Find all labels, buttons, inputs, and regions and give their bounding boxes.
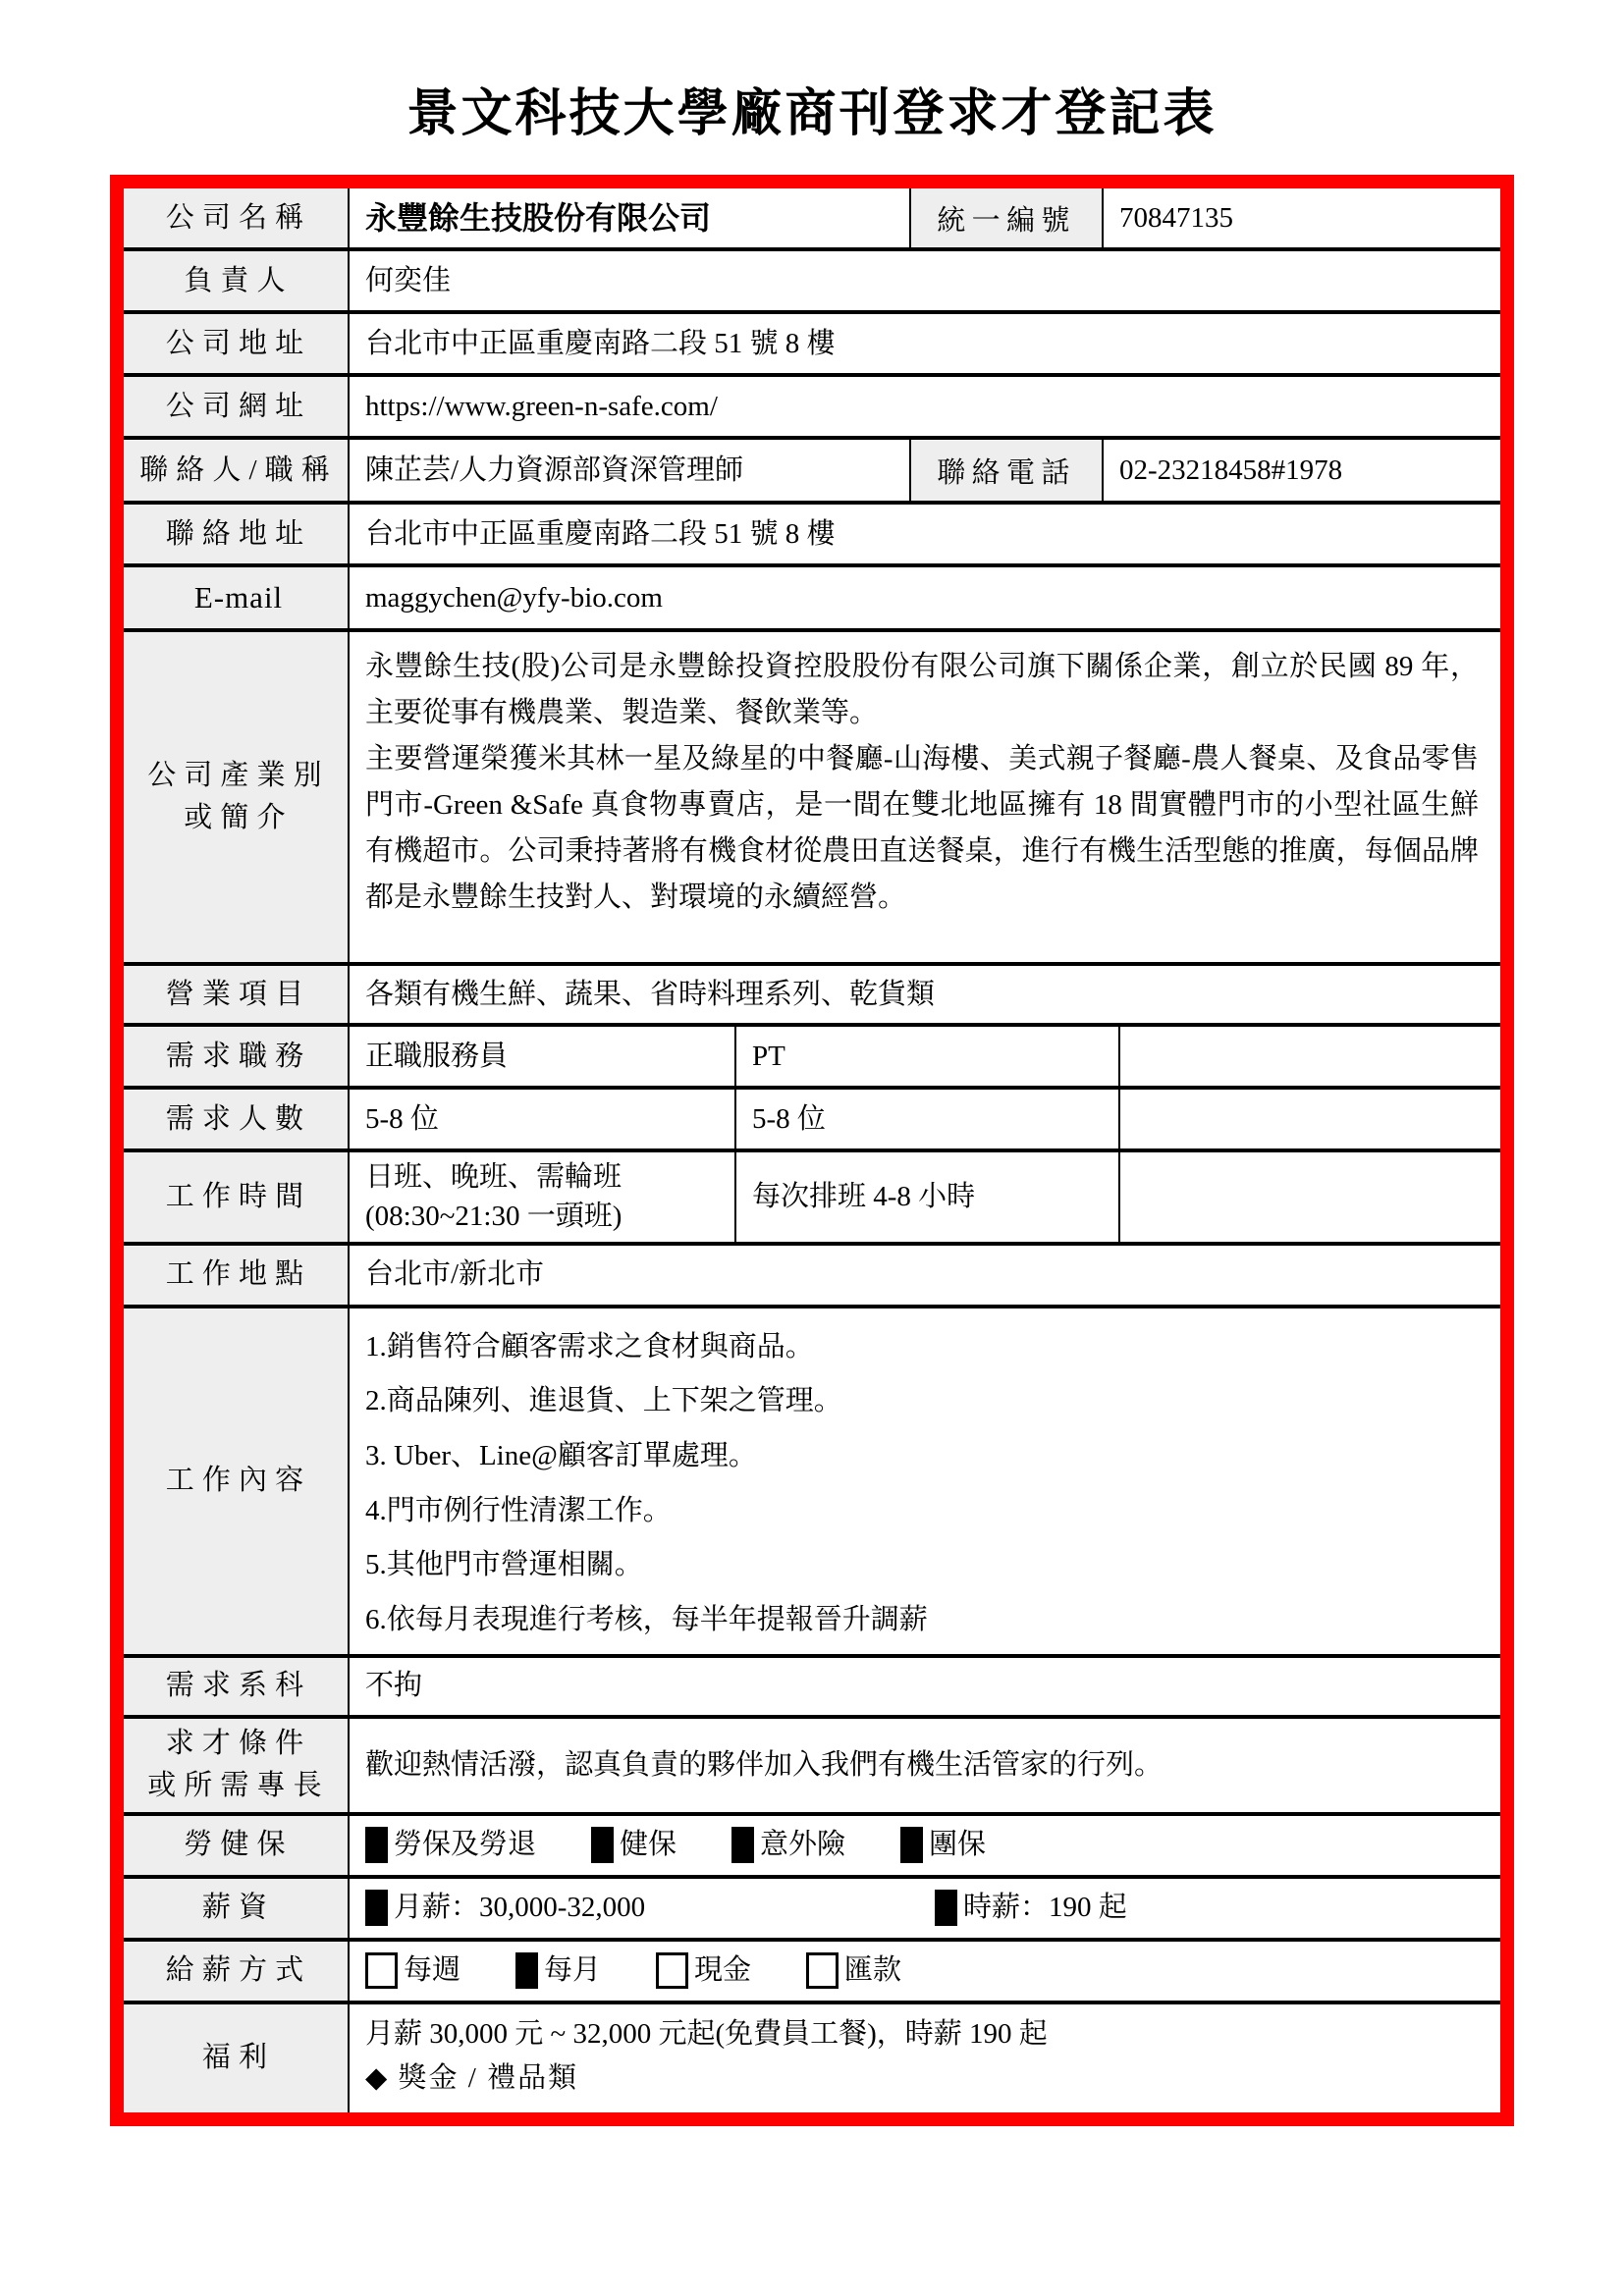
value-job-title-1: 正職服務員 (350, 1027, 736, 1086)
label-department: 需求系科 (124, 1658, 350, 1715)
value-work-place: 台北市/新北市 (350, 1246, 1500, 1305)
salary-option-hourly: 時薪：190 起 (935, 1888, 1127, 1928)
table-row-company-address: 公司地址 台北市中正區重慶南路二段 51 號 8 樓 (124, 314, 1500, 377)
checkbox-label: 團保 (929, 1825, 986, 1865)
label-work-time: 工作時間 (124, 1152, 350, 1241)
table-row-contact-address: 聯絡地址 台北市中正區重慶南路二段 51 號 8 樓 (124, 505, 1500, 567)
checkbox-filled-icon (900, 1827, 923, 1863)
value-welfare: 月薪 30,000 元 ~ 32,000 元起(免費員工餐)，時薪 190 起 … (350, 2004, 1500, 2112)
label-business-items: 營業項目 (124, 966, 350, 1023)
label-principal: 負責人 (124, 251, 350, 310)
table-row-department: 需求系科 不拘 (124, 1658, 1500, 1719)
welfare-salary-line: 月薪 30,000 元 ~ 32,000 元起(免費員工餐)，時薪 190 起 (365, 2014, 1048, 2055)
checkbox-label: 現金 (694, 1950, 751, 1991)
table-row-pay-method: 給薪方式 每週 每月 現金 匯款 (124, 1942, 1500, 2004)
table-row-job-title: 需求職務 正職服務員 PT (124, 1027, 1500, 1090)
label-contact-phone: 聯絡電話 (909, 440, 1104, 501)
label-contact: 聯絡人/職稱 (124, 440, 350, 501)
value-business-items: 各類有機生鮮、蔬果、省時料理系列、乾貨類 (350, 966, 1500, 1023)
value-department: 不拘 (350, 1658, 1500, 1715)
value-tax-id: 70847135 (1104, 188, 1500, 247)
value-principal: 何奕佳 (350, 251, 1500, 310)
label-pay-method: 給薪方式 (124, 1942, 350, 2001)
table-row-salary: 薪資 月薪：30,000-32,000 時薪：190 起 (124, 1879, 1500, 1942)
value-job-content: 1.銷售符合顧客需求之食材與商品。 2.商品陳列、進退貨、上下架之管理。 3. … (350, 1308, 1500, 1654)
label-requirements: 求才條件 或所需專長 (124, 1719, 350, 1812)
insurance-option-labor: 勞保及勞退 (365, 1825, 536, 1865)
table-row-company-name: 公司名稱 永豐餘生技股份有限公司 統一編號 70847135 (124, 188, 1500, 251)
checkbox-empty-icon (656, 1952, 688, 1989)
checkbox-empty-icon (806, 1952, 839, 1989)
label-industry-intro: 公司產業別 或簡介 (124, 632, 350, 962)
label-work-place: 工作地點 (124, 1246, 350, 1305)
value-contact: 陳芷芸/人力資源部資深管理師 (350, 440, 909, 501)
value-company-address: 台北市中正區重慶南路二段 51 號 8 樓 (350, 314, 1500, 373)
table-row-job-content: 工作內容 1.銷售符合顧客需求之食材與商品。 2.商品陳列、進退貨、上下架之管理… (124, 1308, 1500, 1658)
pay-method-option-monthly: 每月 (515, 1950, 601, 1991)
table-row-industry-intro: 公司產業別 或簡介 永豐餘生技(股)公司是永豐餘投資控股股份有限公司旗下關係企業… (124, 632, 1500, 966)
table-row-email: E-mail maggychen@yfy-bio.com (124, 567, 1500, 632)
label-tax-id: 統一編號 (909, 188, 1104, 247)
table-row-insurance: 勞健保 勞保及勞退 健保 意外險 團保 (124, 1816, 1500, 1879)
checkbox-filled-icon (365, 1890, 388, 1926)
checkbox-label: 健保 (620, 1825, 677, 1865)
value-email: maggychen@yfy-bio.com (350, 567, 1500, 628)
table-row-principal: 負責人 何奕佳 (124, 251, 1500, 314)
table-row-company-website: 公司網址 https://www.green-n-safe.com/ (124, 377, 1500, 440)
label-salary: 薪資 (124, 1879, 350, 1938)
value-salary: 月薪：30,000-32,000 時薪：190 起 (350, 1879, 1500, 1938)
insurance-option-health: 健保 (591, 1825, 677, 1865)
value-work-time-3 (1120, 1152, 1500, 1241)
value-company-name: 永豐餘生技股份有限公司 (350, 188, 909, 247)
table-row-welfare: 福利 月薪 30,000 元 ~ 32,000 元起(免費員工餐)，時薪 190… (124, 2004, 1500, 2112)
value-headcount-3 (1120, 1090, 1500, 1148)
checkbox-filled-icon (731, 1827, 754, 1863)
table-row-work-time: 工作時間 日班、晚班、需輪班 (08:30~21:30 一頭班) 每次排班 4-… (124, 1152, 1500, 1245)
table-row-business-items: 營業項目 各類有機生鮮、蔬果、省時料理系列、乾貨類 (124, 966, 1500, 1027)
checkbox-label: 意外險 (760, 1825, 845, 1865)
checkbox-label: 月薪：30,000-32,000 (394, 1888, 645, 1928)
label-company-name: 公司名稱 (124, 188, 350, 247)
table-row-headcount: 需求人數 5-8 位 5-8 位 (124, 1090, 1500, 1152)
checkbox-label: 勞保及勞退 (394, 1825, 536, 1865)
value-job-title-3 (1120, 1027, 1500, 1086)
label-insurance: 勞健保 (124, 1816, 350, 1875)
value-work-time-2: 每次排班 4-8 小時 (736, 1152, 1120, 1241)
checkbox-empty-icon (365, 1952, 398, 1989)
checkbox-label: 每週 (404, 1950, 460, 1991)
label-email: E-mail (124, 567, 350, 628)
pay-method-option-cash: 現金 (656, 1950, 751, 1991)
label-company-website: 公司網址 (124, 377, 350, 436)
checkbox-filled-icon (365, 1827, 388, 1863)
insurance-option-group: 團保 (900, 1825, 986, 1865)
value-job-title-2: PT (736, 1027, 1120, 1086)
label-contact-address: 聯絡地址 (124, 505, 350, 563)
value-requirements: 歡迎熱情活潑，認真負責的夥伴加入我們有機生活管家的行列。 (350, 1719, 1500, 1812)
pay-method-option-transfer: 匯款 (806, 1950, 901, 1991)
label-job-content: 工作內容 (124, 1308, 350, 1654)
registration-form-table: 公司名稱 永豐餘生技股份有限公司 統一編號 70847135 負責人 何奕佳 公… (110, 175, 1514, 2125)
table-row-requirements: 求才條件 或所需專長 歡迎熱情活潑，認真負責的夥伴加入我們有機生活管家的行列。 (124, 1719, 1500, 1816)
value-insurance: 勞保及勞退 健保 意外險 團保 (350, 1816, 1500, 1875)
document-page: 景文科技大學廠商刊登求才登記表 公司名稱 永豐餘生技股份有限公司 統一編號 70… (110, 0, 1514, 2126)
label-company-address: 公司地址 (124, 314, 350, 373)
checkbox-filled-icon (515, 1952, 538, 1989)
checkbox-label: 匯款 (844, 1950, 901, 1991)
value-contact-phone: 02-23218458#1978 (1104, 440, 1500, 501)
insurance-option-accident: 意外險 (731, 1825, 845, 1865)
form-title: 景文科技大學廠商刊登求才登記表 (110, 84, 1514, 145)
welfare-bonus-line: ◆ 獎金 / 禮品類 (365, 2058, 578, 2099)
label-headcount: 需求人數 (124, 1090, 350, 1148)
salary-option-monthly: 月薪：30,000-32,000 (365, 1888, 935, 1928)
value-industry-intro: 永豐餘生技(股)公司是永豐餘投資控股股份有限公司旗下關係企業，創立於民國 89 … (350, 632, 1500, 962)
label-job-title: 需求職務 (124, 1027, 350, 1086)
label-welfare: 福利 (124, 2004, 350, 2112)
checkbox-label: 每月 (544, 1950, 601, 1991)
value-pay-method: 每週 每月 現金 匯款 (350, 1942, 1500, 2001)
checkbox-filled-icon (591, 1827, 614, 1863)
value-contact-address: 台北市中正區重慶南路二段 51 號 8 樓 (350, 505, 1500, 563)
checkbox-filled-icon (935, 1890, 957, 1926)
value-headcount-1: 5-8 位 (350, 1090, 736, 1148)
table-row-contact: 聯絡人/職稱 陳芷芸/人力資源部資深管理師 聯絡電話 02-23218458#1… (124, 440, 1500, 505)
table-row-work-place: 工作地點 台北市/新北市 (124, 1246, 1500, 1308)
value-work-time-1: 日班、晚班、需輪班 (08:30~21:30 一頭班) (350, 1152, 736, 1241)
pay-method-option-weekly: 每週 (365, 1950, 460, 1991)
value-headcount-2: 5-8 位 (736, 1090, 1120, 1148)
value-company-website: https://www.green-n-safe.com/ (350, 377, 1500, 436)
checkbox-label: 時薪：190 起 (963, 1888, 1127, 1928)
